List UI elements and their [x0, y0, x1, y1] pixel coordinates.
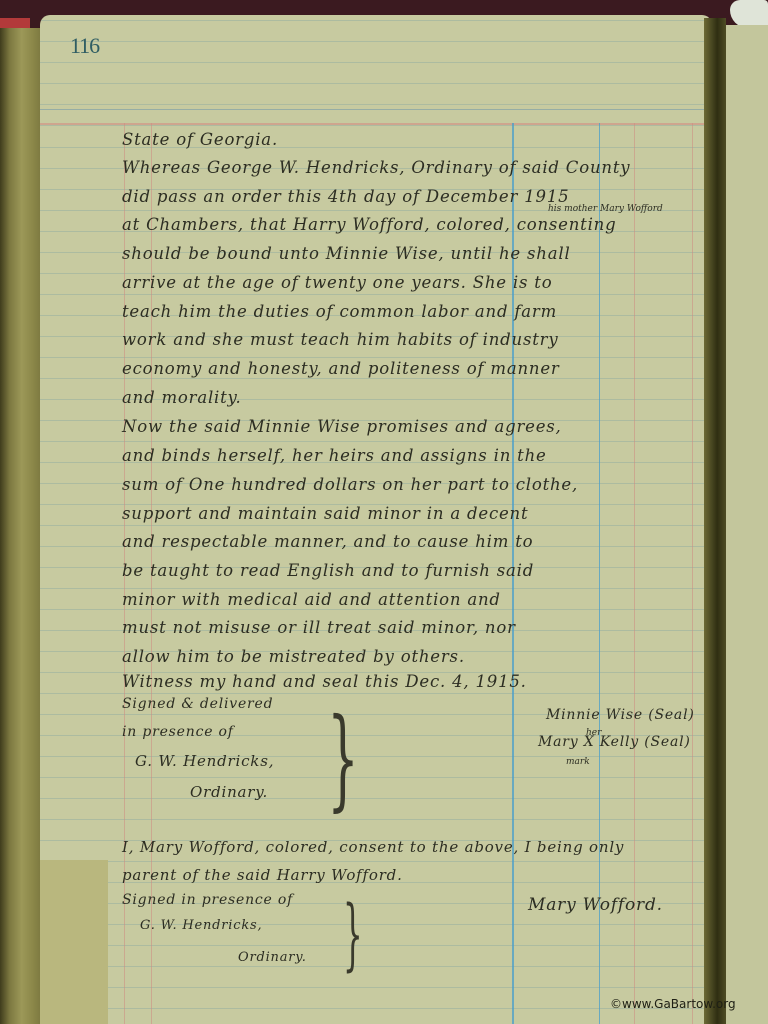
- document-line: did pass an order this 4th day of Decemb…: [122, 187, 569, 206]
- document-line: support and maintain said minor in a dec…: [122, 504, 528, 523]
- document-line: at Chambers, that Harry Wofford, colored…: [122, 215, 616, 234]
- book-spine: [704, 18, 726, 1024]
- header-rule-blue: [40, 109, 712, 110]
- consent-line: I, Mary Wofford, colored, consent to the…: [122, 838, 624, 856]
- document-line: must not misuse or ill treat said minor,…: [122, 618, 516, 637]
- consent-witness-title: Ordinary.: [238, 950, 307, 965]
- signature-mark-signer: Mary X Kelly (Seal): [538, 734, 691, 750]
- column-line: [599, 123, 600, 1024]
- document-line: Witness my hand and seal this Dec. 4, 19…: [122, 672, 527, 691]
- header-rule-red: [40, 123, 712, 125]
- column-line: [692, 123, 693, 1024]
- document-line: economy and honesty, and politeness of m…: [122, 359, 560, 378]
- column-line: [634, 123, 635, 1024]
- document-line: minor with medical aid and attention and: [122, 590, 501, 609]
- witness-title: Ordinary.: [190, 783, 268, 801]
- document-line: and morality.: [122, 388, 242, 407]
- document-line: and binds herself, her heirs and assigns…: [122, 446, 547, 465]
- attestation-line: Signed & delivered: [122, 696, 273, 712]
- page-number: 116: [70, 33, 99, 59]
- document-line: Now the said Minnie Wise promises and ag…: [122, 417, 562, 436]
- consent-line: parent of the said Harry Wofford.: [122, 866, 403, 884]
- document-line: Whereas George W. Hendricks, Ordinary of…: [122, 158, 630, 177]
- document-line: teach him the duties of common labor and…: [122, 302, 557, 321]
- document-line: should be bound unto Minnie Wise, until …: [122, 244, 571, 263]
- watermark: ©www.GaBartow.org: [610, 997, 736, 1011]
- brace-icon: }: [327, 694, 359, 822]
- consent-witness: G. W. Hendricks,: [140, 918, 262, 933]
- attestation-line: in presence of: [122, 724, 234, 740]
- paper-strip: [40, 860, 108, 1024]
- document-line: sum of One hundred dollars on her part t…: [122, 475, 578, 494]
- signature-mark: mark: [566, 757, 590, 767]
- witness-name: G. W. Hendricks,: [135, 752, 274, 770]
- document-line: work and she must teach him habits of in…: [122, 330, 558, 349]
- document-line: arrive at the age of twenty one years. S…: [122, 273, 552, 292]
- document-line: and respectable manner, and to cause him…: [122, 532, 533, 551]
- consent-signature: Mary Wofford.: [528, 895, 663, 915]
- document-line: allow him to be mistreated by others.: [122, 647, 465, 666]
- signature-principal: Minnie Wise (Seal): [546, 707, 695, 723]
- document-line: be taught to read English and to furnish…: [122, 561, 534, 580]
- paper-scrap: [730, 0, 768, 28]
- brace-icon: }: [343, 890, 363, 980]
- inserted-text: his mother Mary Wofford: [548, 204, 663, 214]
- consent-attestation: Signed in presence of: [122, 892, 293, 908]
- facing-page-edge: [722, 25, 768, 1024]
- document-heading: State of Georgia.: [122, 130, 278, 149]
